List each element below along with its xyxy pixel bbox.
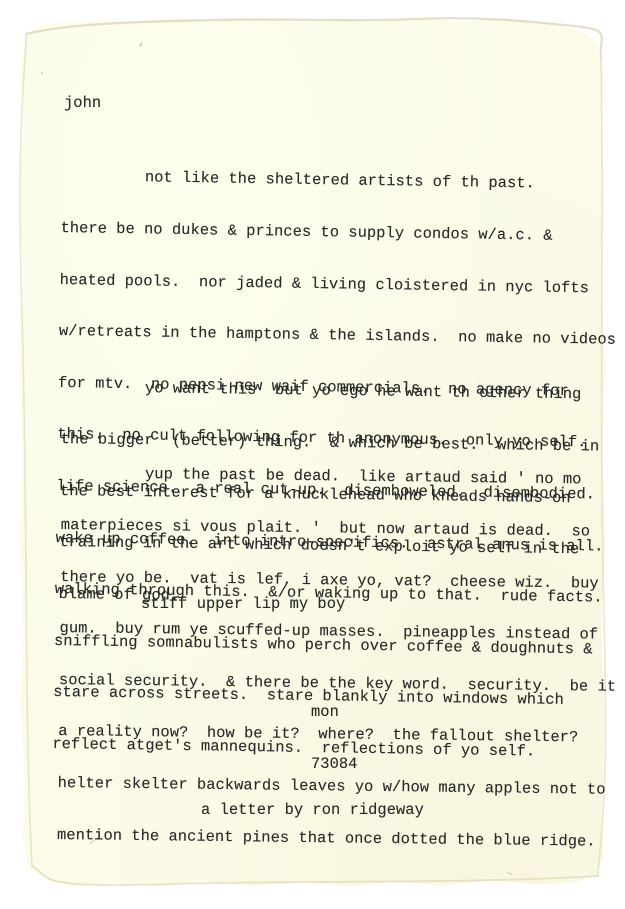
signature-date: 73084	[311, 756, 357, 773]
text-line: materpieces si vous plait. ' but now art…	[61, 517, 618, 541]
text-line: gum. buy rum ye scuffed-up masses. pinea…	[59, 620, 616, 644]
salutation: john	[64, 95, 101, 112]
text-line: mention the ancient pines that once dott…	[57, 827, 614, 851]
text-line: there be no dukes & princes to supply co…	[60, 220, 617, 246]
signature-day: mon	[311, 704, 357, 721]
signature-block: mon 73084	[311, 670, 357, 790]
text-line: yup the past be dead. like artaud said '…	[61, 465, 618, 489]
closing-line: stiff upper lip my boy	[141, 596, 345, 613]
paper-speck	[41, 72, 43, 74]
text-line: there yo be. vat is lef, i axe yo, vat? …	[60, 569, 617, 593]
text-line: heated pools. nor jaded & living cloiste…	[60, 272, 617, 298]
byline: a letter by ron ridgeway	[201, 802, 424, 819]
text-line: not like the sheltered artists of th pas…	[61, 168, 618, 194]
text-line: yo want this but yo ego he want th other…	[61, 379, 600, 404]
